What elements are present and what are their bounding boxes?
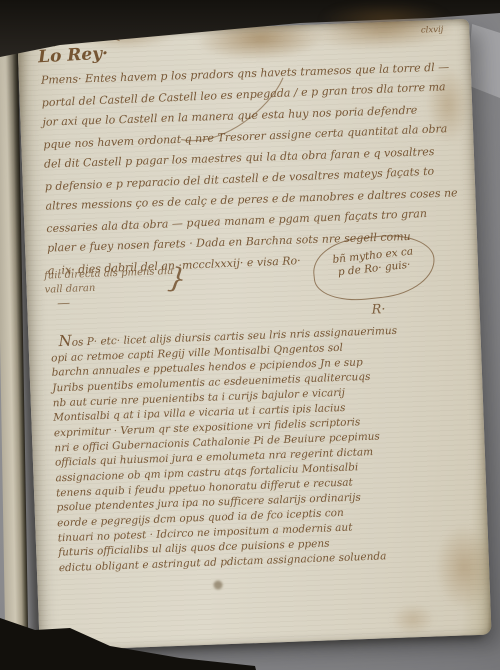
- brace-mark: }: [166, 261, 188, 296]
- photograph-of-manuscript: { "colors": { "background": "#8b8b8e", "…: [0, 0, 500, 670]
- marginal-note: fuit directa als pmens dla vall daran: [44, 265, 174, 298]
- margin-dash: —: [57, 296, 71, 311]
- latin-entry-block: Nos P· etc· licet alijs diursis cartis s…: [50, 319, 475, 576]
- water-stain: [390, 603, 435, 637]
- chancery-note-initial: R·: [371, 302, 385, 318]
- water-stain: [320, 2, 450, 36]
- manuscript-page: clxvij Lo Rey· Pmens· Entes havem p los …: [17, 19, 491, 651]
- ink-spot: [213, 580, 222, 589]
